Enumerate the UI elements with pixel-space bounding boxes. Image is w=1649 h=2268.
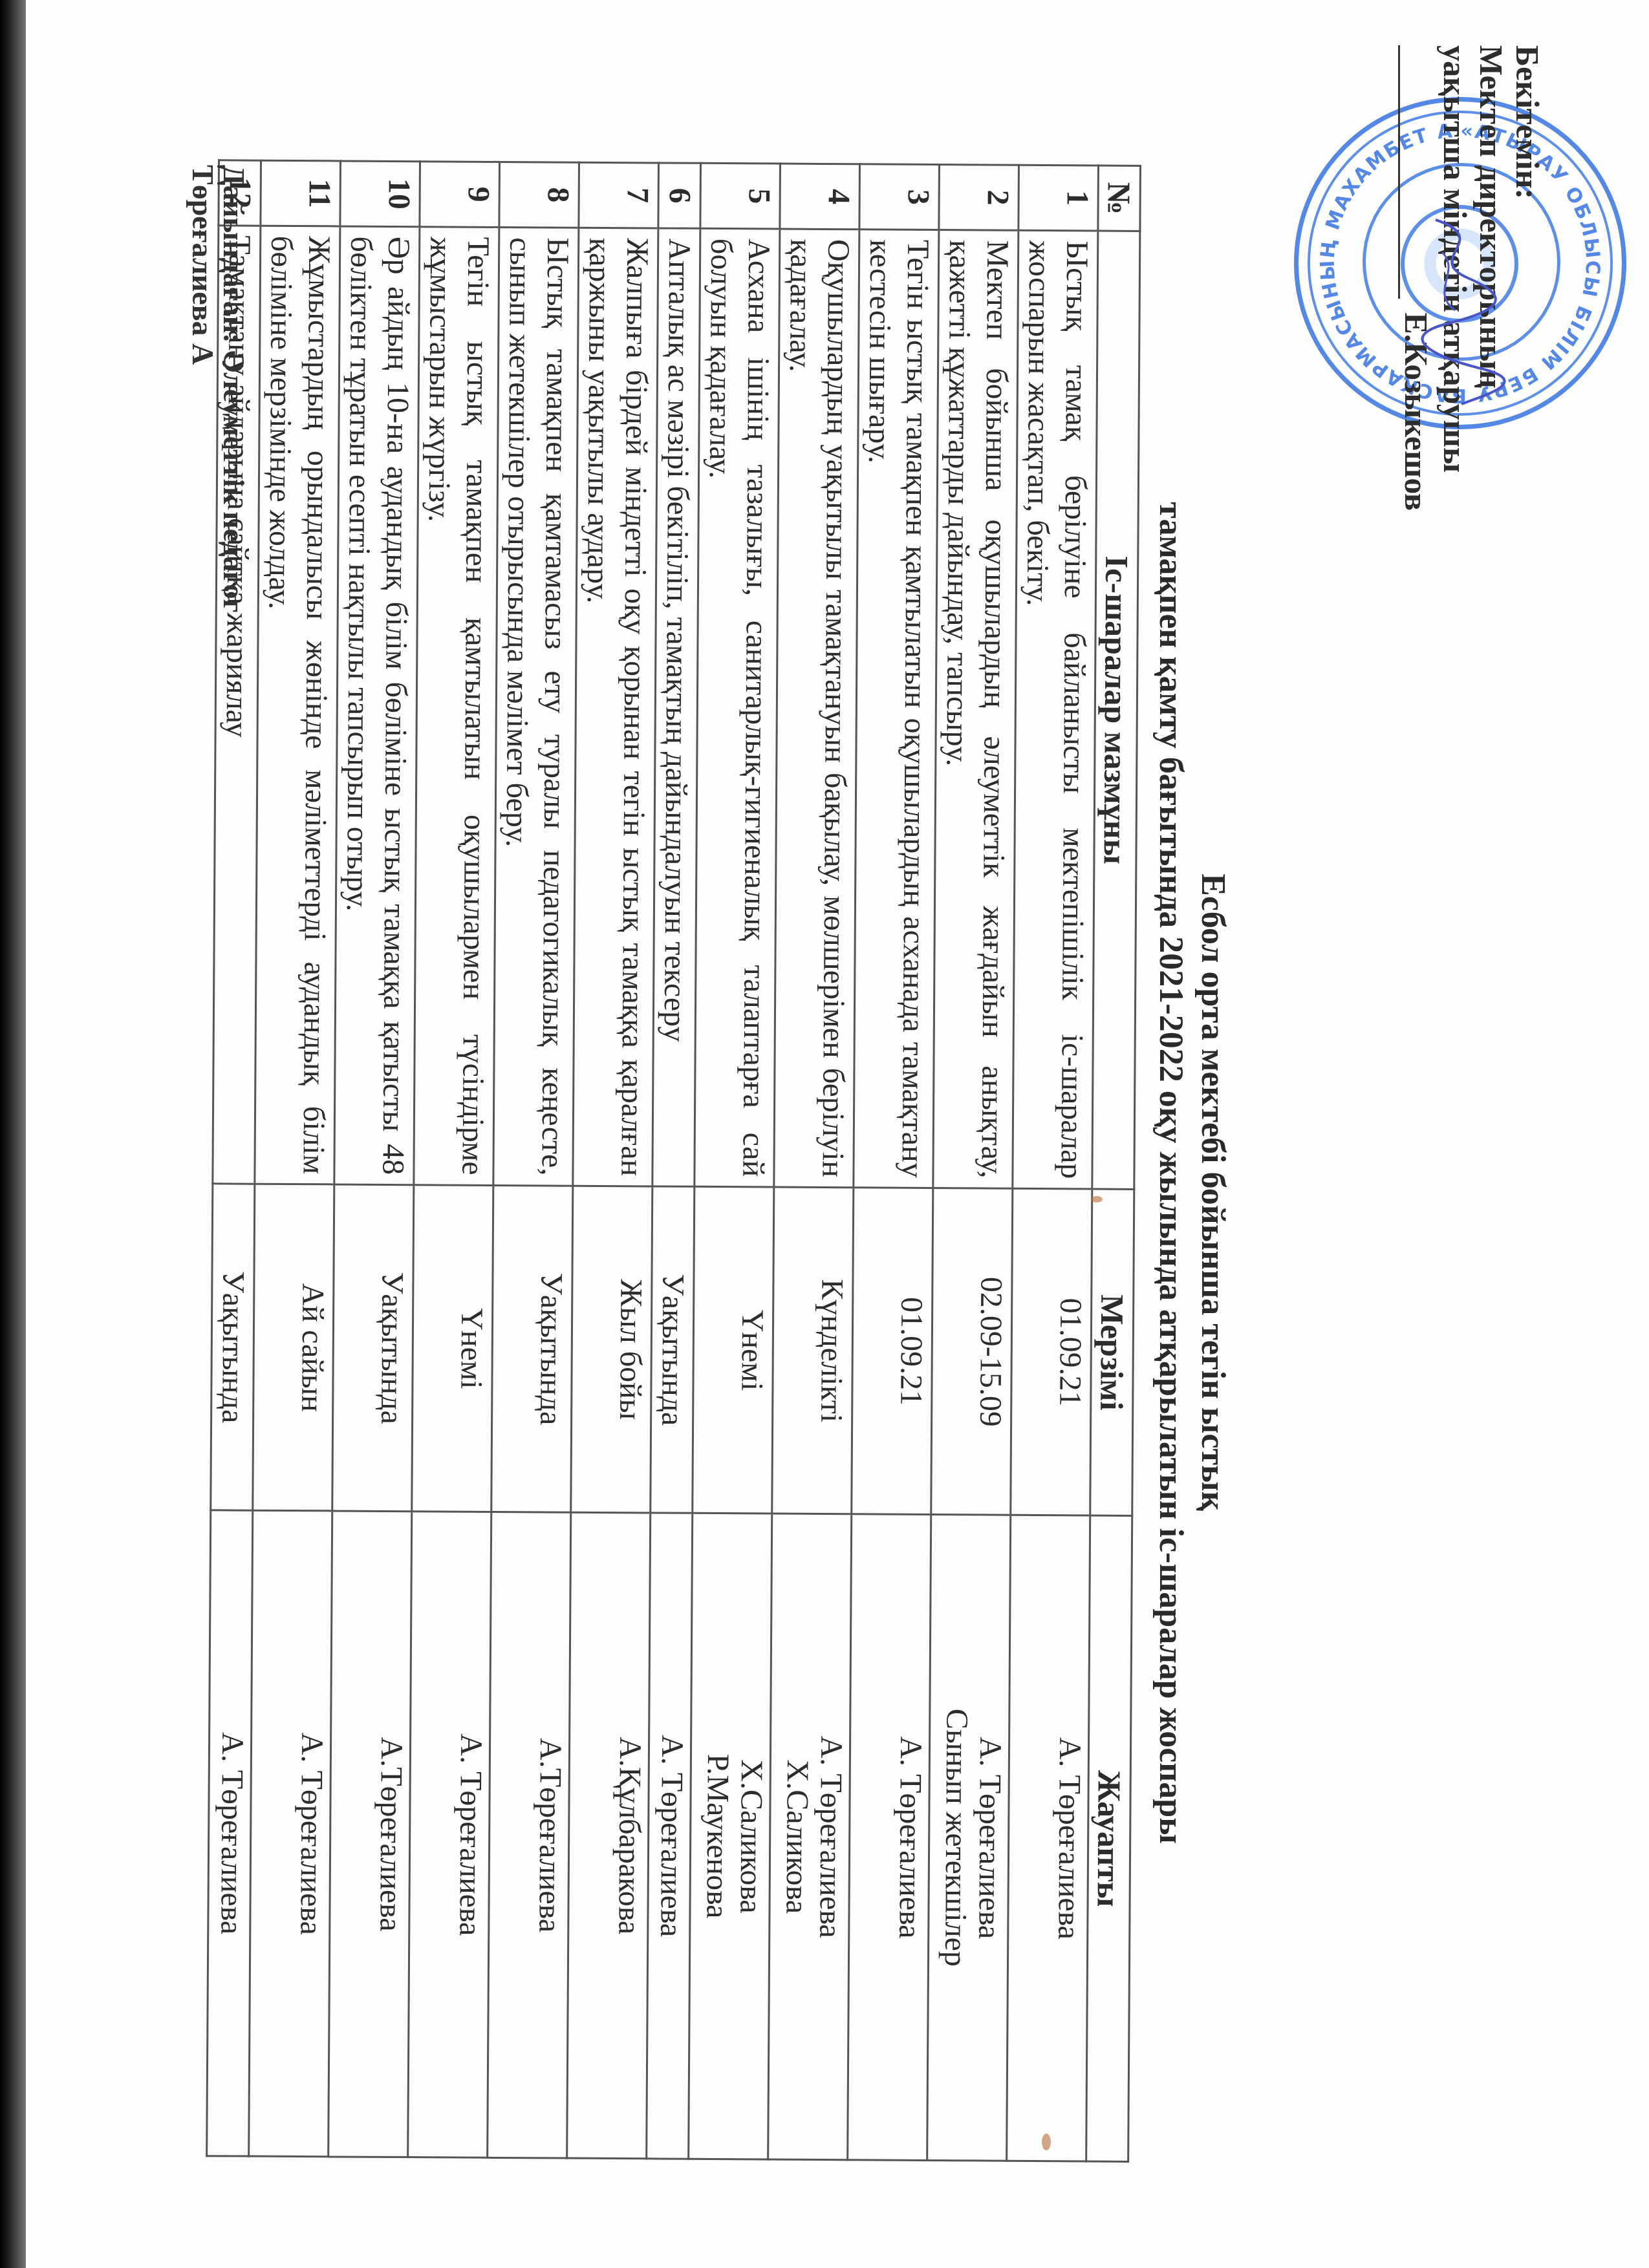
table-row: 3Тегін ыстық тамақпен қамтылатын оқушыла… <box>848 164 940 2161</box>
table-row: 4Оқушылардың уақытылы тамақтануын бақыла… <box>768 164 860 2160</box>
header-content: Іс-шаралар мазмұны <box>1092 231 1140 1189</box>
row-number: 6 <box>658 163 701 228</box>
table-row: 9Тегін ыстық тамақпен қамтылатын оқушыла… <box>408 162 500 2158</box>
row-number: 11 <box>261 160 341 226</box>
table-row: 8Ыстық тамақпен қамтамасыз ету туралы пе… <box>488 162 579 2158</box>
row-deadline: Уақытында <box>332 1184 414 1512</box>
row-number: 9 <box>420 162 500 228</box>
row-content: Асхана ішінің тазалығы, санитарлық-гигие… <box>695 228 780 1187</box>
responsible-person: Х.Саликова <box>778 1524 815 2150</box>
row-content: Ыстық тамақ берілуіне байланысты мектепі… <box>1013 230 1098 1189</box>
row-content: Жалпыға бірдей міндетті оқу қорынан тегі… <box>573 228 658 1186</box>
responsible-person: А. Төреғалиева <box>971 1525 1008 2151</box>
responsible-person: А. Төреғалиева <box>213 1521 250 2146</box>
row-deadline: Үнемі <box>412 1185 493 1512</box>
row-number: 5 <box>700 163 781 229</box>
row-deadline: Күнделікті <box>772 1187 854 1514</box>
responsible-person: А. Төреғалиева <box>891 1524 929 2150</box>
responsible-person: А. Төреғалиева <box>652 1523 690 2149</box>
activity-plan-table: № Іс-шаралар мазмұны Мерзімі Жауапты 1Ыс… <box>206 159 1141 2163</box>
row-deadline: Уақытында <box>651 1186 695 1514</box>
signature-scribble-icon <box>1416 213 1507 407</box>
row-deadline: Уақытында <box>491 1185 573 1512</box>
row-content: Тегін ыстық тамақпен қамтылатын оқушылар… <box>414 227 499 1186</box>
row-content: Ыстық тамақпен қамтамасыз ету туралы пед… <box>493 227 579 1186</box>
row-responsible: А. Төреғалиева <box>647 1513 693 2159</box>
document-page: «АТЫРАУ ОБЛЫСЫ БІЛІМ БЕРУ БАСҚАРМАСЫНЫҢ … <box>0 0 1649 2268</box>
row-responsible: А. Төреғалиева <box>848 1514 931 2161</box>
row-responsible: А. Төреғалиева <box>408 1512 491 2158</box>
scan-speck <box>1042 2134 1051 2150</box>
row-number: 7 <box>579 162 659 228</box>
row-deadline: 01.09.21 <box>1011 1188 1092 1515</box>
row-responsible: А. ТөреғалиеваСынып жетекшілер <box>927 1515 1011 2161</box>
prepared-by-name: Төреғалиева А <box>187 165 218 612</box>
row-content: Тегін ыстық тамақпен қамтылатын оқушылар… <box>854 230 939 1188</box>
header-responsible: Жауапты <box>1086 1515 1132 2161</box>
responsible-person: А. Төреғалиева <box>451 1522 489 2148</box>
scan-speck <box>1091 1196 1103 1203</box>
row-deadline: 02.09-15.09 <box>931 1188 1013 1515</box>
row-number: 2 <box>939 165 1019 231</box>
scan-edge-bar <box>0 0 26 2268</box>
footer-block: Дайындаған: Әлеуметтік педагог Төреғалие… <box>187 165 249 612</box>
row-number: 8 <box>499 162 579 228</box>
responsible-person: А. Төреғалиева <box>1050 1525 1088 2151</box>
responsible-person: Х.Саликова <box>732 1523 770 2149</box>
row-responsible: А. Төреғалиева <box>1007 1515 1090 2162</box>
row-responsible: Х.СаликоваР.Маукенова <box>689 1514 772 2160</box>
approval-label: Бекітемін: <box>1509 45 1546 511</box>
header-number: № <box>1098 166 1141 231</box>
responsible-person: Сынып жетекшілер <box>937 1524 975 2150</box>
responsible-person: А.Құлбаракова <box>610 1523 648 2148</box>
responsible-person: А. Төреғалиева <box>812 1524 849 2150</box>
row-deadline: Уақытында <box>211 1184 255 1511</box>
row-number: 4 <box>780 164 860 230</box>
row-deadline: Ай сайын <box>253 1184 334 1511</box>
row-responsible: А.Құлбаракова <box>567 1512 651 2159</box>
prepared-by-label: Дайындаған: Әлеуметтік педагог <box>218 165 249 612</box>
row-deadline: Үнемі <box>693 1186 774 1514</box>
row-content: Мектеп бойынша оқушылардың әлеуметтік жа… <box>933 230 1018 1189</box>
table-row: 11Жұмыстардың орындалысы жөнінде мәлімет… <box>249 160 341 2157</box>
table-row: 5Асхана ішінің тазалығы, санитарлық-гиги… <box>689 163 781 2159</box>
row-responsible: А. ТөреғалиеваХ.Саликова <box>768 1514 852 2160</box>
table-row: 7Жалпыға бірдей міндетті оқу қорынан тег… <box>567 162 659 2159</box>
row-deadline: 01.09.21 <box>852 1188 933 1515</box>
document-title-line1: Есбол орта мектебі бойынша тегін ыстық <box>1193 0 1232 2268</box>
row-content: Апталық ас мәзірі бекітіліп, тамақтың да… <box>652 228 700 1186</box>
table-body: 1Ыстық тамақ берілуіне байланысты мектеп… <box>207 160 1099 2161</box>
responsible-person: А. Төреғалиева <box>292 1521 330 2146</box>
row-number: 10 <box>340 161 420 227</box>
responsible-person: Р.Маукенова <box>698 1523 736 2149</box>
row-content: Әр айдың 10-на аудандық білім бөліміне ы… <box>334 226 420 1185</box>
row-number: 1 <box>1018 165 1099 231</box>
table-row: 1Ыстық тамақ берілуіне байланысты мектеп… <box>1007 165 1099 2161</box>
table-row: 2Мектеп бойынша оқушылардың әлеуметтік ж… <box>927 165 1019 2161</box>
responsible-person: А.Төреғалиева <box>372 1521 409 2147</box>
row-responsible: А.Төреғалиева <box>488 1512 571 2159</box>
row-content: Оқушылардың уақытылы тамақтануын бақылау… <box>774 229 859 1188</box>
row-responsible: А.Төреғалиева <box>329 1511 412 2157</box>
row-responsible: А. Төреғалиева <box>207 1510 253 2156</box>
row-number: 3 <box>859 164 940 230</box>
table-row: 10Әр айдың 10-на аудандық білім бөліміне… <box>329 161 420 2157</box>
row-responsible: А. Төреғалиева <box>249 1510 332 2157</box>
responsible-person: А.Төреғалиева <box>531 1523 568 2148</box>
header-deadline: Мерзімі <box>1090 1189 1134 1516</box>
row-deadline: Жыл бойы <box>571 1186 652 1513</box>
document-title-line2: тамақпен қамту бағытында 2021-2022 оқу ж… <box>1151 0 1190 2268</box>
row-content: Жұмыстардың орындалысы жөнінде мәліметте… <box>255 226 340 1184</box>
